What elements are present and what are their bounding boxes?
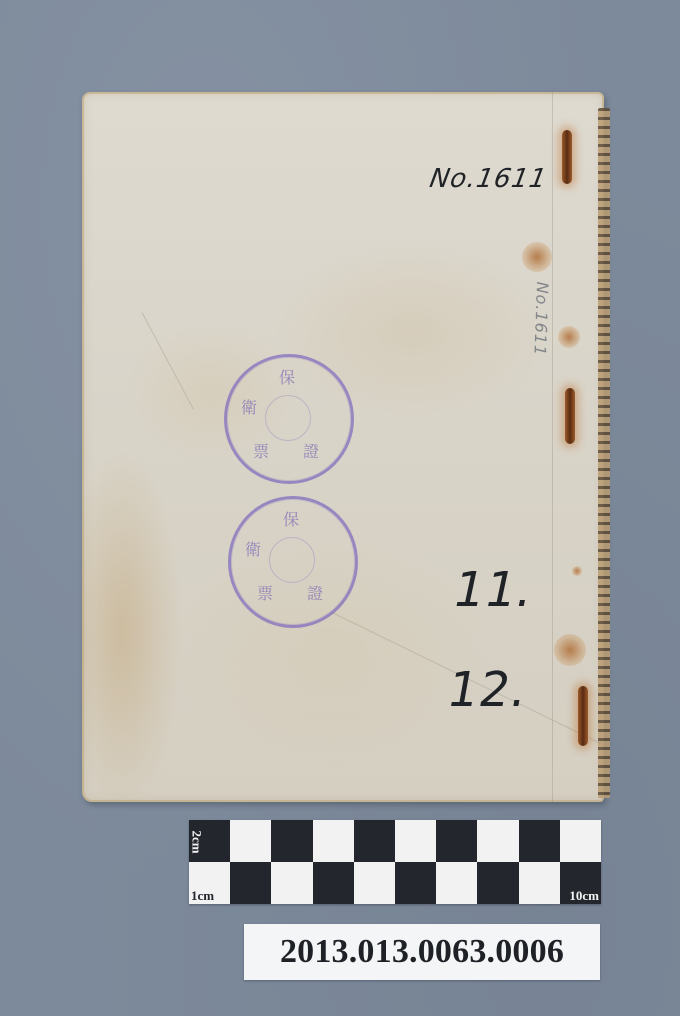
ruler-cell [395,862,436,904]
rust-staple-mark [578,686,588,746]
stamp-character: 衛 [241,395,257,418]
paper-crease [142,312,195,410]
ruler-cell [271,820,312,862]
ruler-cell [395,820,436,862]
ruler-label-1cm: 1cm [191,888,214,904]
accession-number: 2013.013.0063.0006 [280,933,564,971]
rust-staple-mark [562,130,572,184]
ruler-cell [436,820,477,862]
stamp-character: 證 [307,581,323,604]
rust-stain [522,242,552,272]
paper-crease [552,92,553,802]
faint-spine-number: No.1611 [530,281,552,356]
handwritten-catalog-number: No.1611 [427,164,549,194]
stamp-character: 保 [283,507,299,530]
stamp-inner-ring [265,395,311,441]
booklet-cover: No.1611 No.1611 保 衛 票 證 保 衛 票 證 11. 12. [82,92,604,802]
stamp-inner-ring [269,537,315,583]
ruler-cell [519,862,560,904]
scale-ruler: 2cm 1cm 10cm [189,820,601,904]
handwritten-number-11: 11. [448,562,539,618]
rust-staple-mark [565,388,575,444]
ruler-cell [519,820,560,862]
ruler-cell [313,862,354,904]
ruler-cell [477,862,518,904]
ruler-cell [354,820,395,862]
stamp-character: 票 [253,439,269,462]
handwritten-number-12: 12. [443,662,532,718]
ruler-label-2cm: 2cm [189,830,205,853]
ruler-cell [477,820,518,862]
ruler-cell [230,820,271,862]
rust-stain [558,326,580,348]
ruler-cell [230,862,271,904]
stamp-character: 保 [279,365,295,388]
ruler-checkerboard [189,820,601,904]
ruler-cell [436,862,477,904]
ruler-cell [560,820,601,862]
accession-number-label: 2013.013.0063.0006 [244,924,600,980]
purple-seal-stamp: 保 衛 票 證 [224,354,354,484]
ruler-label-10cm: 10cm [569,888,599,904]
ruler-cell [271,862,312,904]
purple-seal-stamp: 保 衛 票 證 [228,496,358,628]
stamp-character: 證 [303,439,319,462]
rust-stain [572,566,582,576]
ruler-cell [354,862,395,904]
booklet-spine-edge [598,108,610,798]
rust-stain [554,634,586,666]
stamp-character: 衛 [245,537,261,560]
stamp-character: 票 [257,581,273,604]
ruler-cell [313,820,354,862]
